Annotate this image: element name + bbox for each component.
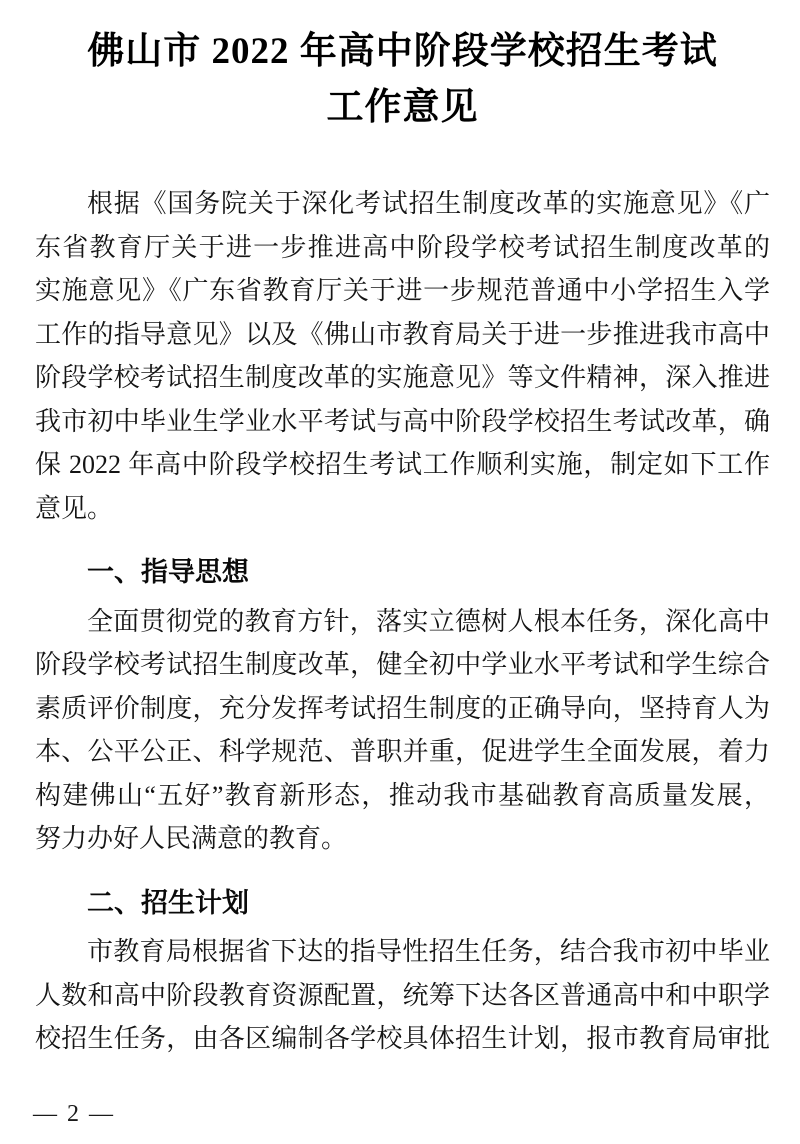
document-content: 佛山市 2022 年高中阶段学校招生考试 工作意见 根据《国务院关于深化考试招生… (0, 24, 800, 1061)
text-line: 保 2022 年高中阶段学校招生考试工作顺利实施，制定如下工作 (35, 443, 770, 487)
paragraph-guiding-ideology: 全面贯彻党的教育方针，落实立德树人根本任务，深化高中 阶段学校考试招生制度改革，… (35, 600, 770, 861)
text-line: 东省教育厅关于进一步推进高中阶段学校考试招生制度改革的 (35, 226, 770, 270)
text-line: 全面贯彻党的教育方针，落实立德树人根本任务，深化高中 (35, 600, 770, 644)
document-title-line-2: 工作意见 (35, 80, 770, 136)
text-line: 市教育局根据省下达的指导性招生任务，结合我市初中毕业 (35, 930, 770, 974)
text-line: 素质评价制度，充分发挥考试招生制度的正确导向，坚持育人为 (35, 687, 770, 731)
document-title-line-1: 佛山市 2022 年高中阶段学校招生考试 (35, 24, 770, 80)
paragraph-enrollment-plan: 市教育局根据省下达的指导性招生任务，结合我市初中毕业 人数和高中阶段教育资源配置… (35, 930, 770, 1061)
text-line: 人数和高中阶段教育资源配置，统筹下达各区普通高中和中职学 (35, 974, 770, 1018)
text-line: 我市初中毕业生学业水平考试与高中阶段学校招生考试改革，确 (35, 400, 770, 444)
section-heading-2: 二、招生计划 (35, 882, 770, 926)
text-line: 构建佛山“五好”教育新形态，推动我市基础教育高质量发展， (35, 774, 770, 818)
text-line: 阶段学校考试招生制度改革，健全初中学业水平考试和学生综合 (35, 643, 770, 687)
text-line: 努力办好人民满意的教育。 (35, 817, 770, 861)
page-number: — 2 — (33, 1101, 115, 1128)
document-page: 佛山市 2022 年高中阶段学校招生考试 工作意见 根据《国务院关于深化考试招生… (0, 0, 800, 1144)
text-line: 阶段学校考试招生制度改革的实施意见》等文件精神，深入推进 (35, 356, 770, 400)
text-line: 根据《国务院关于深化考试招生制度改革的实施意见》《广 (35, 182, 770, 226)
text-line: 本、公平公正、科学规范、普职并重，促进学生全面发展，着力 (35, 730, 770, 774)
text-line: 校招生任务，由各区编制各学校具体招生计划，报市教育局审批 (35, 1017, 770, 1061)
text-line: 实施意见》《广东省教育厅关于进一步规范普通中小学招生入学 (35, 269, 770, 313)
paragraph-intro: 根据《国务院关于深化考试招生制度改革的实施意见》《广 东省教育厅关于进一步推进高… (35, 182, 770, 530)
text-line: 意见。 (35, 487, 770, 531)
text-line: 工作的指导意见》以及《佛山市教育局关于进一步推进我市高中 (35, 313, 770, 357)
document-body: 根据《国务院关于深化考试招生制度改革的实施意见》《广 东省教育厅关于进一步推进高… (35, 182, 770, 1061)
document-title: 佛山市 2022 年高中阶段学校招生考试 工作意见 (35, 24, 770, 136)
section-heading-1: 一、指导思想 (35, 551, 770, 595)
